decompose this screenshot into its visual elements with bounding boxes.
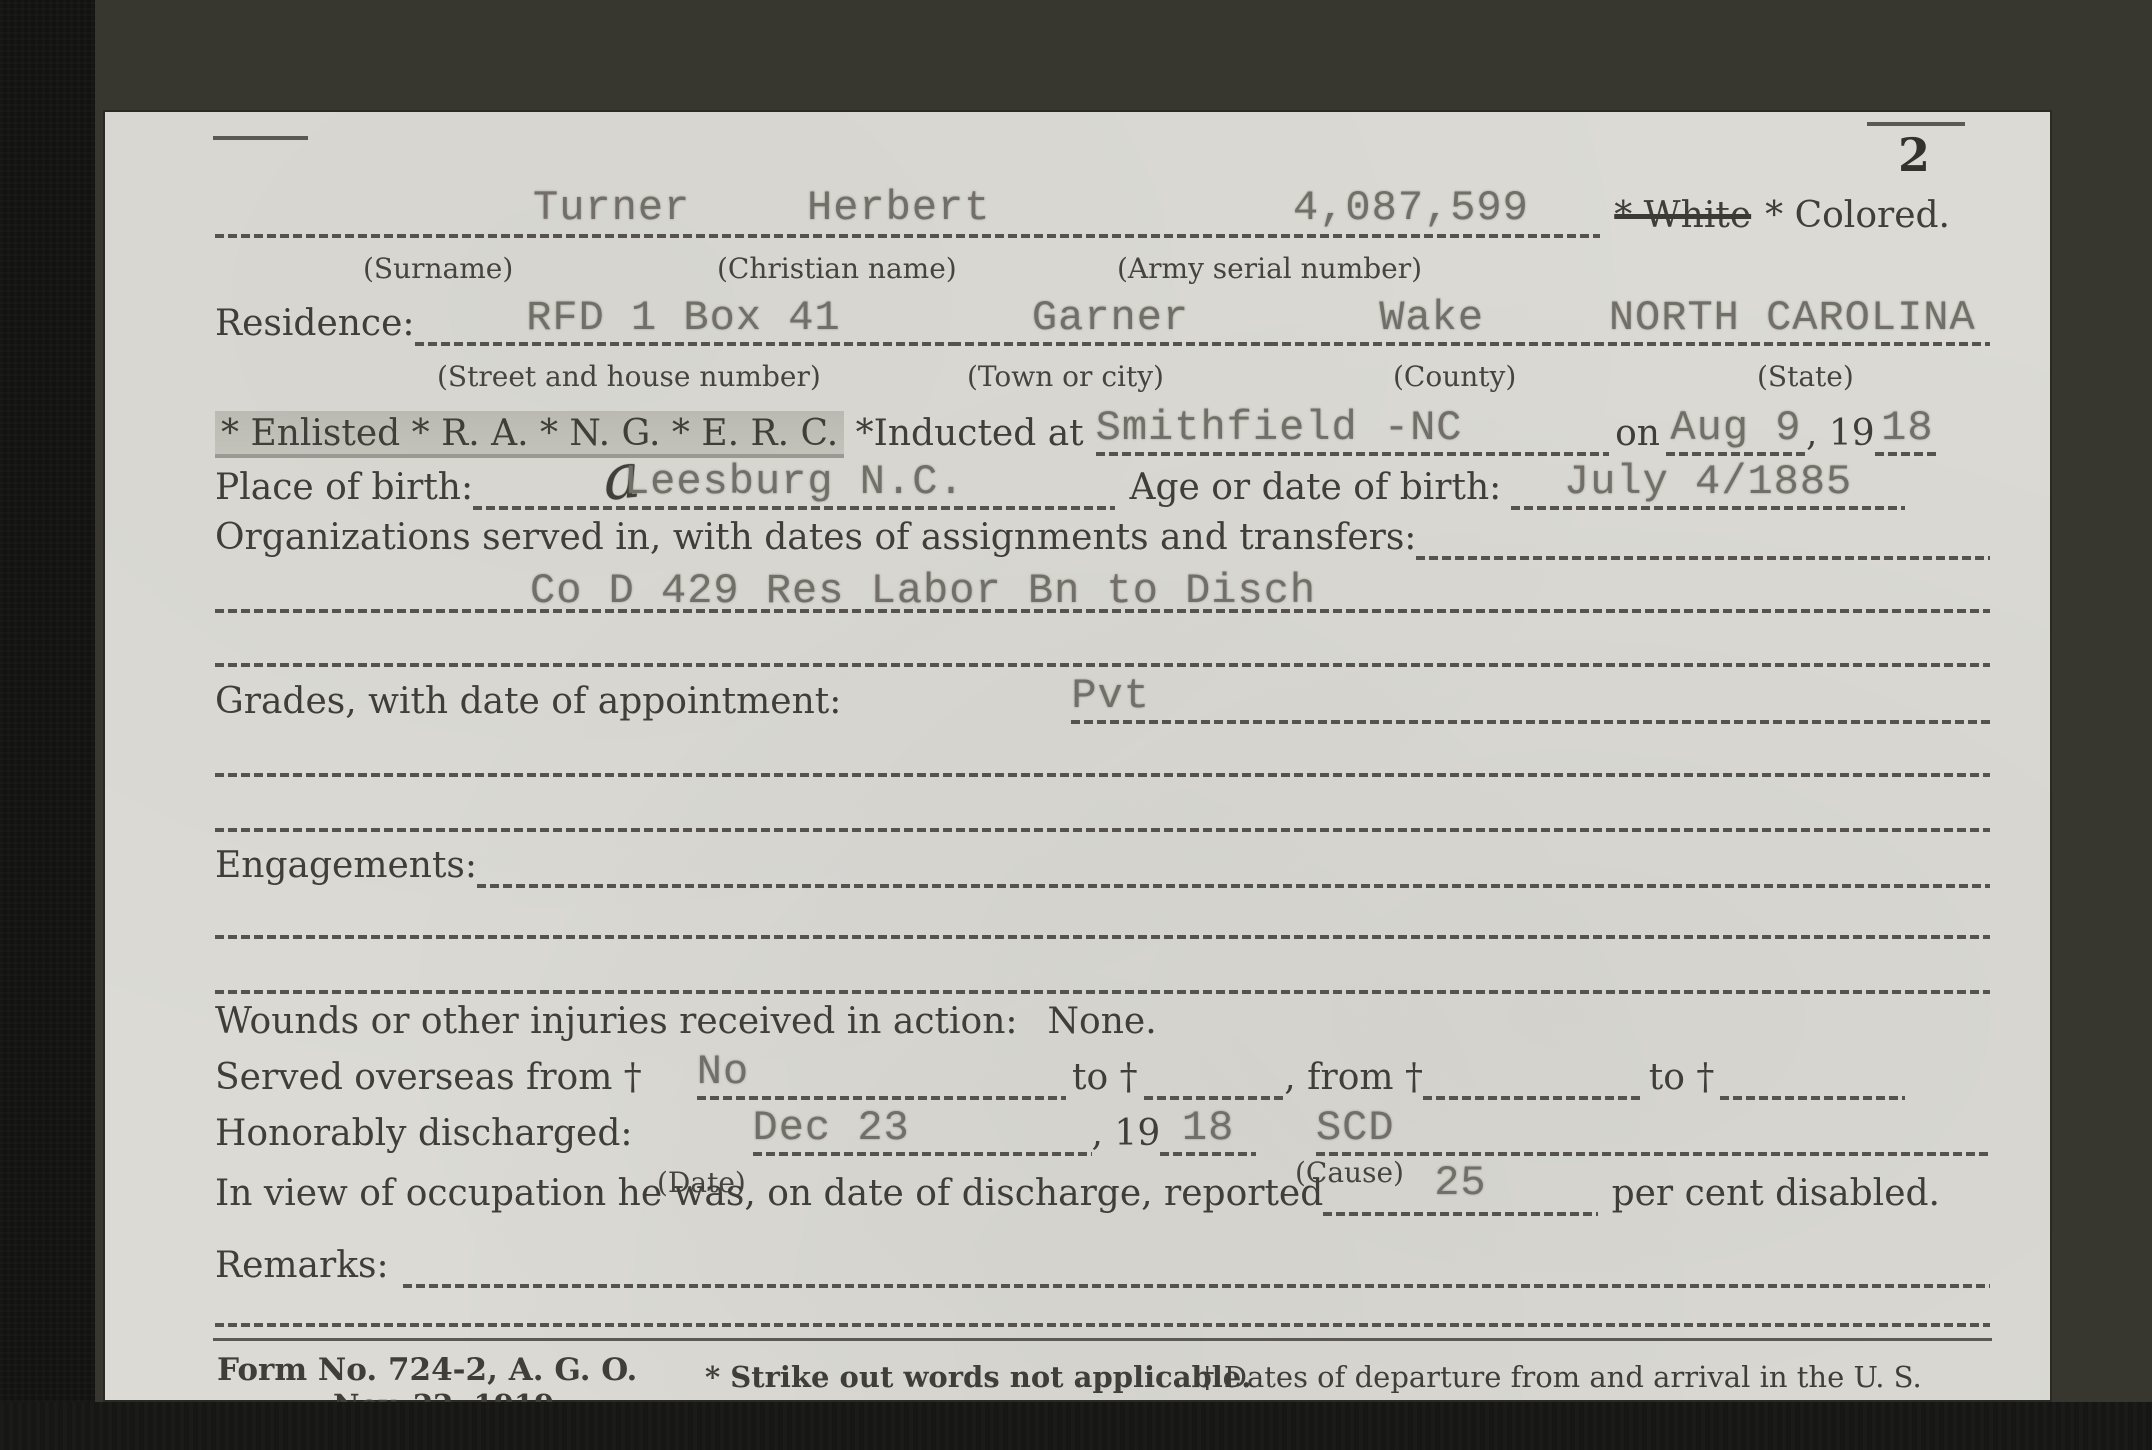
name-fill: Turner Herbert 4,087,599 — [215, 180, 1600, 238]
service-record-card: 2 Turner Herbert 4,087,599 * White * Col… — [105, 112, 2050, 1400]
surname-value: Turner — [533, 187, 690, 229]
birth-date-value: July 4/1885 — [1564, 461, 1852, 503]
blank-rule-3 — [215, 773, 1990, 777]
page-number-overline — [1867, 122, 1965, 126]
birth-row: Place of birth: Leesburg N.C. Age or dat… — [215, 454, 1905, 510]
discharge-date-rule — [753, 1152, 1092, 1156]
wounds-value: None. — [1048, 1003, 1157, 1044]
remarks-row: Remarks: — [215, 1238, 1990, 1288]
footer-divider — [213, 1338, 1992, 1341]
overseas-label: Served overseas from † — [215, 1059, 642, 1100]
surname-caption: (Surname) — [363, 252, 513, 285]
overseas-to2-label: to † — [1649, 1059, 1715, 1100]
enlist-date-seg: Aug 9 — [1666, 407, 1806, 456]
remarks-rule — [403, 1284, 1990, 1288]
discharge-date-seg: Dec 23 — [633, 1107, 1092, 1156]
overseas-to2-seg — [1720, 1096, 1905, 1100]
disability-percent-value: 25 — [1434, 1162, 1486, 1204]
organizations-fill — [1416, 556, 1990, 560]
disability-suffix: per cent disabled. — [1612, 1175, 1940, 1216]
birth-place-label: Place of birth: — [215, 469, 473, 510]
inducted-place-seg: Smithfield -NC — [1084, 407, 1609, 456]
discharge-cause-seg: SCD — [1256, 1107, 1990, 1156]
grades-label: Grades, with date of appointment: — [215, 683, 841, 724]
enlist-year-seg: 18 — [1875, 407, 1940, 456]
engagements-row: Engagements: — [215, 838, 1990, 888]
age-label: Age or date of birth: — [1129, 469, 1501, 510]
enlistment-row: * Enlisted * R. A. * N. G. * E. R. C. *I… — [215, 400, 1940, 456]
disability-seg: 25 — [1323, 1162, 1597, 1216]
discharge-row: Honorably discharged: Dec 23 , 19 18 SCD — [215, 1102, 1990, 1156]
page-number: 2 — [1898, 128, 1930, 182]
corner-mark — [213, 136, 308, 140]
enlistment-strike-options: * Enlisted * R. A. * N. G. * E. R. C. — [215, 411, 844, 454]
discharge-label: Honorably discharged: — [215, 1115, 633, 1156]
race-colored-option: * Colored. — [1765, 197, 1950, 238]
residence-label: Residence: — [215, 305, 415, 346]
discharge-year-prefix: , 19 — [1092, 1115, 1161, 1156]
enlist-year-prefix: , 19 — [1806, 415, 1875, 456]
overseas-to2-rule — [1720, 1096, 1905, 1100]
residence-town-rule — [952, 342, 1268, 346]
engagements-label: Engagements: — [215, 847, 477, 888]
overseas-from2-seg — [1423, 1096, 1643, 1100]
disability-rule — [1323, 1212, 1597, 1216]
overseas-to-rule — [1144, 1096, 1285, 1100]
birth-date-seg: July 4/1885 — [1511, 461, 1905, 510]
remarks-fill — [403, 1284, 1990, 1288]
race-white-option: * White — [1614, 197, 1751, 238]
organizations-row: Organizations served in, with dates of a… — [215, 508, 1990, 560]
dagger-note: † Dates of departure from and arrival in… — [1200, 1360, 1922, 1394]
organizations-value: Co D 429 Res Labor Bn to Disch — [530, 570, 1316, 612]
birth-place-value: Leesburg N.C. — [624, 461, 965, 503]
county-caption: (County) — [1393, 360, 1516, 393]
christian-name-caption: (Christian name) — [717, 252, 957, 285]
discharge-year-seg: 18 — [1160, 1107, 1256, 1156]
blank-rule-1 — [215, 609, 1990, 613]
discharge-year-value: 18 — [1182, 1107, 1234, 1149]
grades-rule — [1071, 720, 1990, 724]
wounds-row: Wounds or other injuries received in act… — [215, 994, 1157, 1044]
disability-label: In view of occupation he was, on date of… — [215, 1175, 1323, 1216]
name-row: Turner Herbert 4,087,599 * White * Color… — [215, 180, 1950, 238]
grades-seg: Pvt — [841, 675, 1990, 724]
scanned-page: { "page_number": "2", "name_line": { "su… — [0, 0, 2152, 1450]
residence-town-value: Garner — [1032, 297, 1189, 339]
enlistment-options: * Enlisted * R. A. * N. G. * E. R. C. *I… — [215, 415, 1084, 456]
residence-street-rule — [415, 342, 953, 346]
residence-state-seg: NORTH CAROLINA — [1595, 297, 1990, 346]
overseas-from-value: No — [697, 1051, 749, 1093]
grades-row: Grades, with date of appointment: Pvt — [215, 670, 1990, 724]
residence-town-seg: Garner — [952, 297, 1268, 346]
christian-name-value: Herbert — [807, 187, 990, 229]
birth-place-seg: Leesburg N.C. — [473, 461, 1115, 510]
blank-rule-4 — [215, 828, 1990, 832]
street-caption: (Street and house number) — [437, 360, 821, 393]
engagements-fill — [477, 884, 1990, 888]
overseas-to-label: to † — [1072, 1059, 1138, 1100]
state-caption: (State) — [1757, 360, 1854, 393]
residence-county-rule — [1269, 342, 1595, 346]
discharge-year-rule — [1160, 1152, 1256, 1156]
serial-number-caption: (Army serial number) — [1117, 252, 1422, 285]
scan-left-border — [0, 0, 95, 1450]
overseas-from2-rule — [1423, 1096, 1643, 1100]
discharge-date-value: Dec 23 — [753, 1107, 910, 1149]
scan-bottom-border — [0, 1402, 2152, 1450]
blank-rule-2 — [215, 663, 1990, 667]
discharge-cause-value: SCD — [1316, 1107, 1395, 1149]
residence-county-value: Wake — [1379, 297, 1484, 339]
organizations-rule — [1416, 556, 1990, 560]
overseas-to-seg — [1144, 1096, 1285, 1100]
town-caption: (Town or city) — [967, 360, 1164, 393]
blank-rule-5 — [215, 935, 1990, 939]
residence-street-value: RFD 1 Box 41 — [526, 297, 840, 339]
residence-street-seg: RFD 1 Box 41 — [415, 297, 953, 346]
enlist-year-value: 18 — [1881, 407, 1933, 449]
wounds-label: Wounds or other injuries received in act… — [215, 1003, 1018, 1044]
residence-state-value: NORTH CAROLINA — [1609, 297, 1976, 339]
blank-rule-7 — [215, 1323, 1990, 1327]
residence-county-seg: Wake — [1269, 297, 1595, 346]
grades-value: Pvt — [1071, 675, 1150, 717]
overseas-from2-label: , from † — [1284, 1059, 1423, 1100]
residence-state-rule — [1595, 342, 1990, 346]
discharge-cause-rule — [1316, 1152, 1990, 1156]
overseas-from-rule — [697, 1096, 1066, 1100]
overseas-row: Served overseas from † No to † , from † … — [215, 1048, 1905, 1100]
on-label: on — [1615, 415, 1660, 456]
enlist-date-value: Aug 9 — [1670, 407, 1801, 449]
inducted-at-label: *Inducted at — [856, 413, 1084, 454]
overseas-from-seg: No — [642, 1051, 1066, 1100]
name-rule — [215, 234, 1600, 238]
remarks-label: Remarks: — [215, 1247, 389, 1288]
inducted-place-value: Smithfield -NC — [1096, 407, 1463, 449]
disability-row: In view of occupation he was, on date of… — [215, 1158, 1940, 1216]
serial-number-value: 4,087,599 — [1293, 187, 1529, 229]
residence-row: Residence: RFD 1 Box 41 Garner Wake NORT… — [215, 290, 1990, 346]
organizations-label: Organizations served in, with dates of a… — [215, 519, 1416, 560]
form-number: Form No. 724-2, A. G. O. — [217, 1352, 637, 1388]
engagements-rule — [477, 884, 1990, 888]
strike-out-note: * Strike out words not applicable. — [705, 1360, 1251, 1394]
